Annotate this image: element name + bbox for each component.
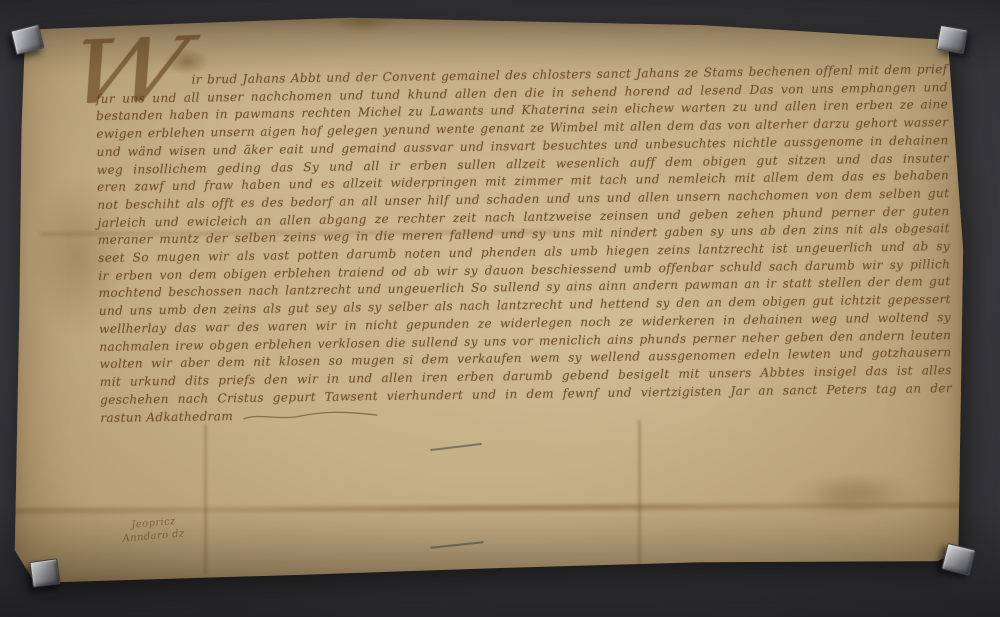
fold-crease-vertical-right (638, 420, 641, 576)
metal-clip-bottom-left (29, 558, 60, 588)
parchment-wrapper: W ir brud Jahans Abbt und der Convent ge… (0, 0, 1000, 617)
pencil-mark-lower (430, 541, 484, 549)
pencil-mark-upper (430, 443, 482, 451)
fold-crease-main (10, 502, 966, 514)
stain-bottom-right (810, 471, 920, 516)
flourish-icon (241, 409, 381, 423)
fold-crease-vertical-left (204, 424, 207, 574)
archival-note: Jeopricz Anndaro dz (121, 514, 185, 545)
photo-background: W ir brud Jahans Abbt und der Convent ge… (0, 0, 1000, 617)
metal-clip-top-right (936, 25, 968, 54)
charter-text: ir brud Jahans Abbt und der Convent gema… (96, 61, 953, 428)
parchment-document: W ir brud Jahans Abbt und der Convent ge… (10, 16, 966, 588)
closing-text: rastun Adkathedram (100, 408, 233, 428)
